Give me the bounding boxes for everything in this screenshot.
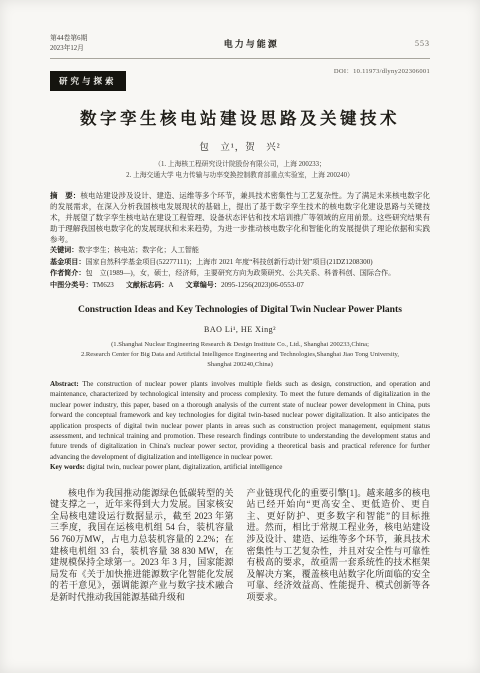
body-paragraph-left: 核电作为我国推动能源绿色低碳转型的关键支撑之一，近年来得到大力发展。国家核安全局…	[50, 488, 234, 604]
column-badge: 研究与探索	[50, 71, 126, 91]
body-column-right: 产业链现代化的重要引擎[1]。越来越多的核电站已经开始向“更高安全、更低造价、更…	[247, 488, 431, 604]
clc-pair: 中图分类号：TM623	[50, 281, 114, 289]
fund-project: 基金项目：国家自然科学基金项目(52277111)；上海市 2021 年度“科技…	[50, 257, 430, 269]
page-number: 553	[415, 39, 430, 48]
fund-label: 基金项目：	[50, 258, 85, 266]
volume-issue: 第44卷第6期	[50, 34, 87, 44]
clc-value: TM623	[93, 281, 114, 289]
article-title-zh: 数字孪生核电站建设思路及关键技术	[50, 105, 430, 129]
keywords-zh: 关键词：数字孪生；核电站；数字化；人工智能	[50, 245, 430, 257]
affiliation-en-line: (1.Shanghai Nuclear Engineering Research…	[50, 340, 430, 350]
fund-text: 国家自然科学基金项目(52277111)；上海市 2021 年度“科技创新行动计…	[85, 258, 372, 266]
keywords-zh-text: 数字孪生；核电站；数字化；人工智能	[78, 246, 199, 254]
abstract-zh-label: 摘 要：	[50, 191, 80, 200]
body-column-left: 核电作为我国推动能源绿色低碳转型的关键支撑之一，近年来得到大力发展。国家核安全局…	[50, 488, 234, 604]
abstract-en-label: Abstract:	[50, 380, 82, 388]
journal-name: 电力与能源	[224, 37, 279, 50]
bio-text: 包 立(1989—)，女，硕士，经济师，主要研究方向为政策研究、公共关系、科普科…	[85, 269, 395, 277]
affiliation-zh-line: 2. 上海交通大学 电力传输与功率变换控制教育部重点实验室，上海 200240）	[50, 170, 430, 181]
article-id-value: 2095-1256(2023)06-0553-07	[221, 281, 304, 289]
abstract-zh-text: 核电站建设涉及设计、建造、运维等多个环节，兼具技术密集性与工艺复杂性。为了满足未…	[50, 191, 430, 244]
abstract-zh: 摘 要：核电站建设涉及设计、建造、运维等多个环节，兼具技术密集性与工艺复杂性。为…	[50, 190, 430, 245]
affiliation-zh-line: （1. 上海核工程研究设计院股份有限公司，上海 200233；	[50, 159, 430, 170]
journal-header: 第44卷第6期 2023年12月 电力与能源 553	[50, 34, 430, 53]
affiliation-en-line: 2.Research Center for Big Data and Artif…	[50, 350, 430, 360]
affiliation-en-line: Shanghai 200240,China)	[50, 360, 430, 370]
affiliations-en: (1.Shanghai Nuclear Engineering Research…	[50, 340, 430, 370]
issue-date: 2023年12月	[50, 44, 87, 54]
abstract-en: Abstract: The construction of nuclear po…	[50, 379, 430, 462]
keywords-zh-label: 关键词：	[50, 246, 78, 254]
header-divider	[50, 58, 430, 59]
body-paragraph-right: 产业链现代化的重要引擎[1]。越来越多的核电站已经开始向“更高安全、更低造价、更…	[247, 488, 431, 604]
bio-label: 作者简介：	[50, 269, 85, 277]
affiliations-zh: （1. 上海核工程研究设计院股份有限公司，上海 200233； 2. 上海交通大…	[50, 159, 430, 181]
doc-code-pair: 文献标志码：A	[126, 281, 174, 289]
article-id-label: 文章编号：	[186, 281, 221, 289]
authors-en: BAO Li¹, HE Xing²	[50, 325, 430, 334]
keywords-en: Key words: digital twin, nuclear power p…	[50, 462, 430, 472]
article-id-pair: 文章编号：2095-1256(2023)06-0553-07	[186, 281, 304, 289]
badge-doi-row: 研究与探索 DOI：10.11973/dlyny202306001	[50, 66, 430, 91]
doc-code-value: A	[168, 281, 173, 289]
doi-text: DOI：10.11973/dlyny202306001	[334, 66, 430, 75]
doc-code-label: 文献标志码：	[126, 281, 169, 289]
paper-page: 第44卷第6期 2023年12月 电力与能源 553 研究与探索 DOI：10.…	[0, 0, 480, 673]
authors-zh: 包 立¹，贺 兴²	[50, 139, 430, 153]
keywords-en-label: Key words:	[50, 463, 87, 471]
clc-label: 中图分类号：	[50, 281, 93, 289]
keywords-en-text: digital twin, nuclear power plant, digit…	[87, 463, 283, 471]
classification-line: 中图分类号：TM623文献标志码：A文章编号：2095-1256(2023)06…	[50, 280, 430, 292]
author-bio: 作者简介：包 立(1989—)，女，硕士，经济师，主要研究方向为政策研究、公共关…	[50, 268, 430, 280]
abstract-en-text: The construction of nuclear power plants…	[50, 380, 430, 461]
volume-issue-date: 第44卷第6期 2023年12月	[50, 34, 87, 53]
page-content: 第44卷第6期 2023年12月 电力与能源 553 研究与探索 DOI：10.…	[50, 0, 430, 604]
body-columns: 核电作为我国推动能源绿色低碳转型的关键支撑之一，近年来得到大力发展。国家核安全局…	[50, 488, 430, 604]
article-title-en: Construction Ideas and Key Technologies …	[50, 304, 430, 315]
